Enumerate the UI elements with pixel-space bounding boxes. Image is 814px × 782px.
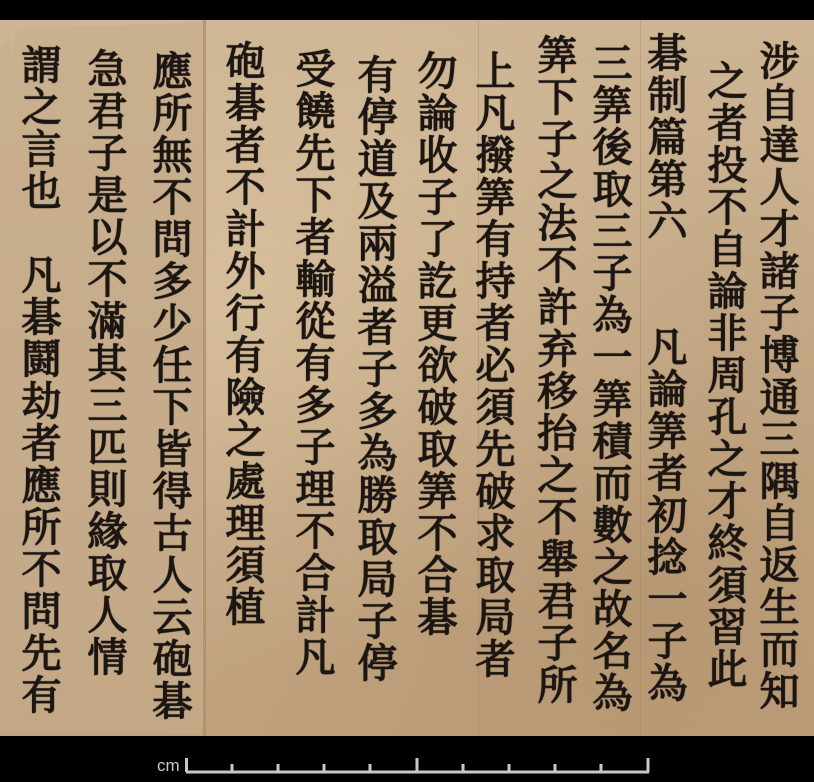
text-column-10: 砲碁者不計外行有險之處理須植 [218,40,266,628]
text-column-3: 碁制篇第六 凡論筭者初捻一子為 [640,32,688,704]
scale-unit-label: cm [157,756,180,776]
text-column-1: 涉自達人才諸子博通三隅自返生而知 [752,40,800,712]
text-column-7: 勿論收子了訖更欲破取筭不合碁 [410,50,458,638]
text-column-5: 筭下子之法不許弃移抬之不舉君子所 [530,34,578,706]
text-column-9: 受饒先下者輸從有多子理不合計凡 [288,48,336,678]
text-column-2: 之者投不自論非周孔之才終須習此 [700,60,748,690]
scale-bar: cm [155,748,655,778]
sheet-seam [203,20,206,736]
text-column-11: 應所無不問多少任下皆得古人云砲碁 [145,50,193,722]
manuscript-image: 涉自達人才諸子博通三隅自返生而知 之者投不自論非周孔之才終須習此 碁制篇第六 凡… [0,20,814,736]
text-column-12: 急君子是以不滿其三匹則緣取人情 [80,48,128,678]
ruler-icon [185,756,650,774]
text-column-4: 三筭後取三子為一筭積而數之故名為 [585,42,633,714]
text-column-13: 謂之言也 凡碁鬪劫者應所不問先有 [14,44,62,716]
text-column-6: 上凡撥筭有持者必須先破求取局者 [468,50,516,680]
text-column-8: 有停道及兩溢者子多為勝取局子停 [350,54,398,684]
